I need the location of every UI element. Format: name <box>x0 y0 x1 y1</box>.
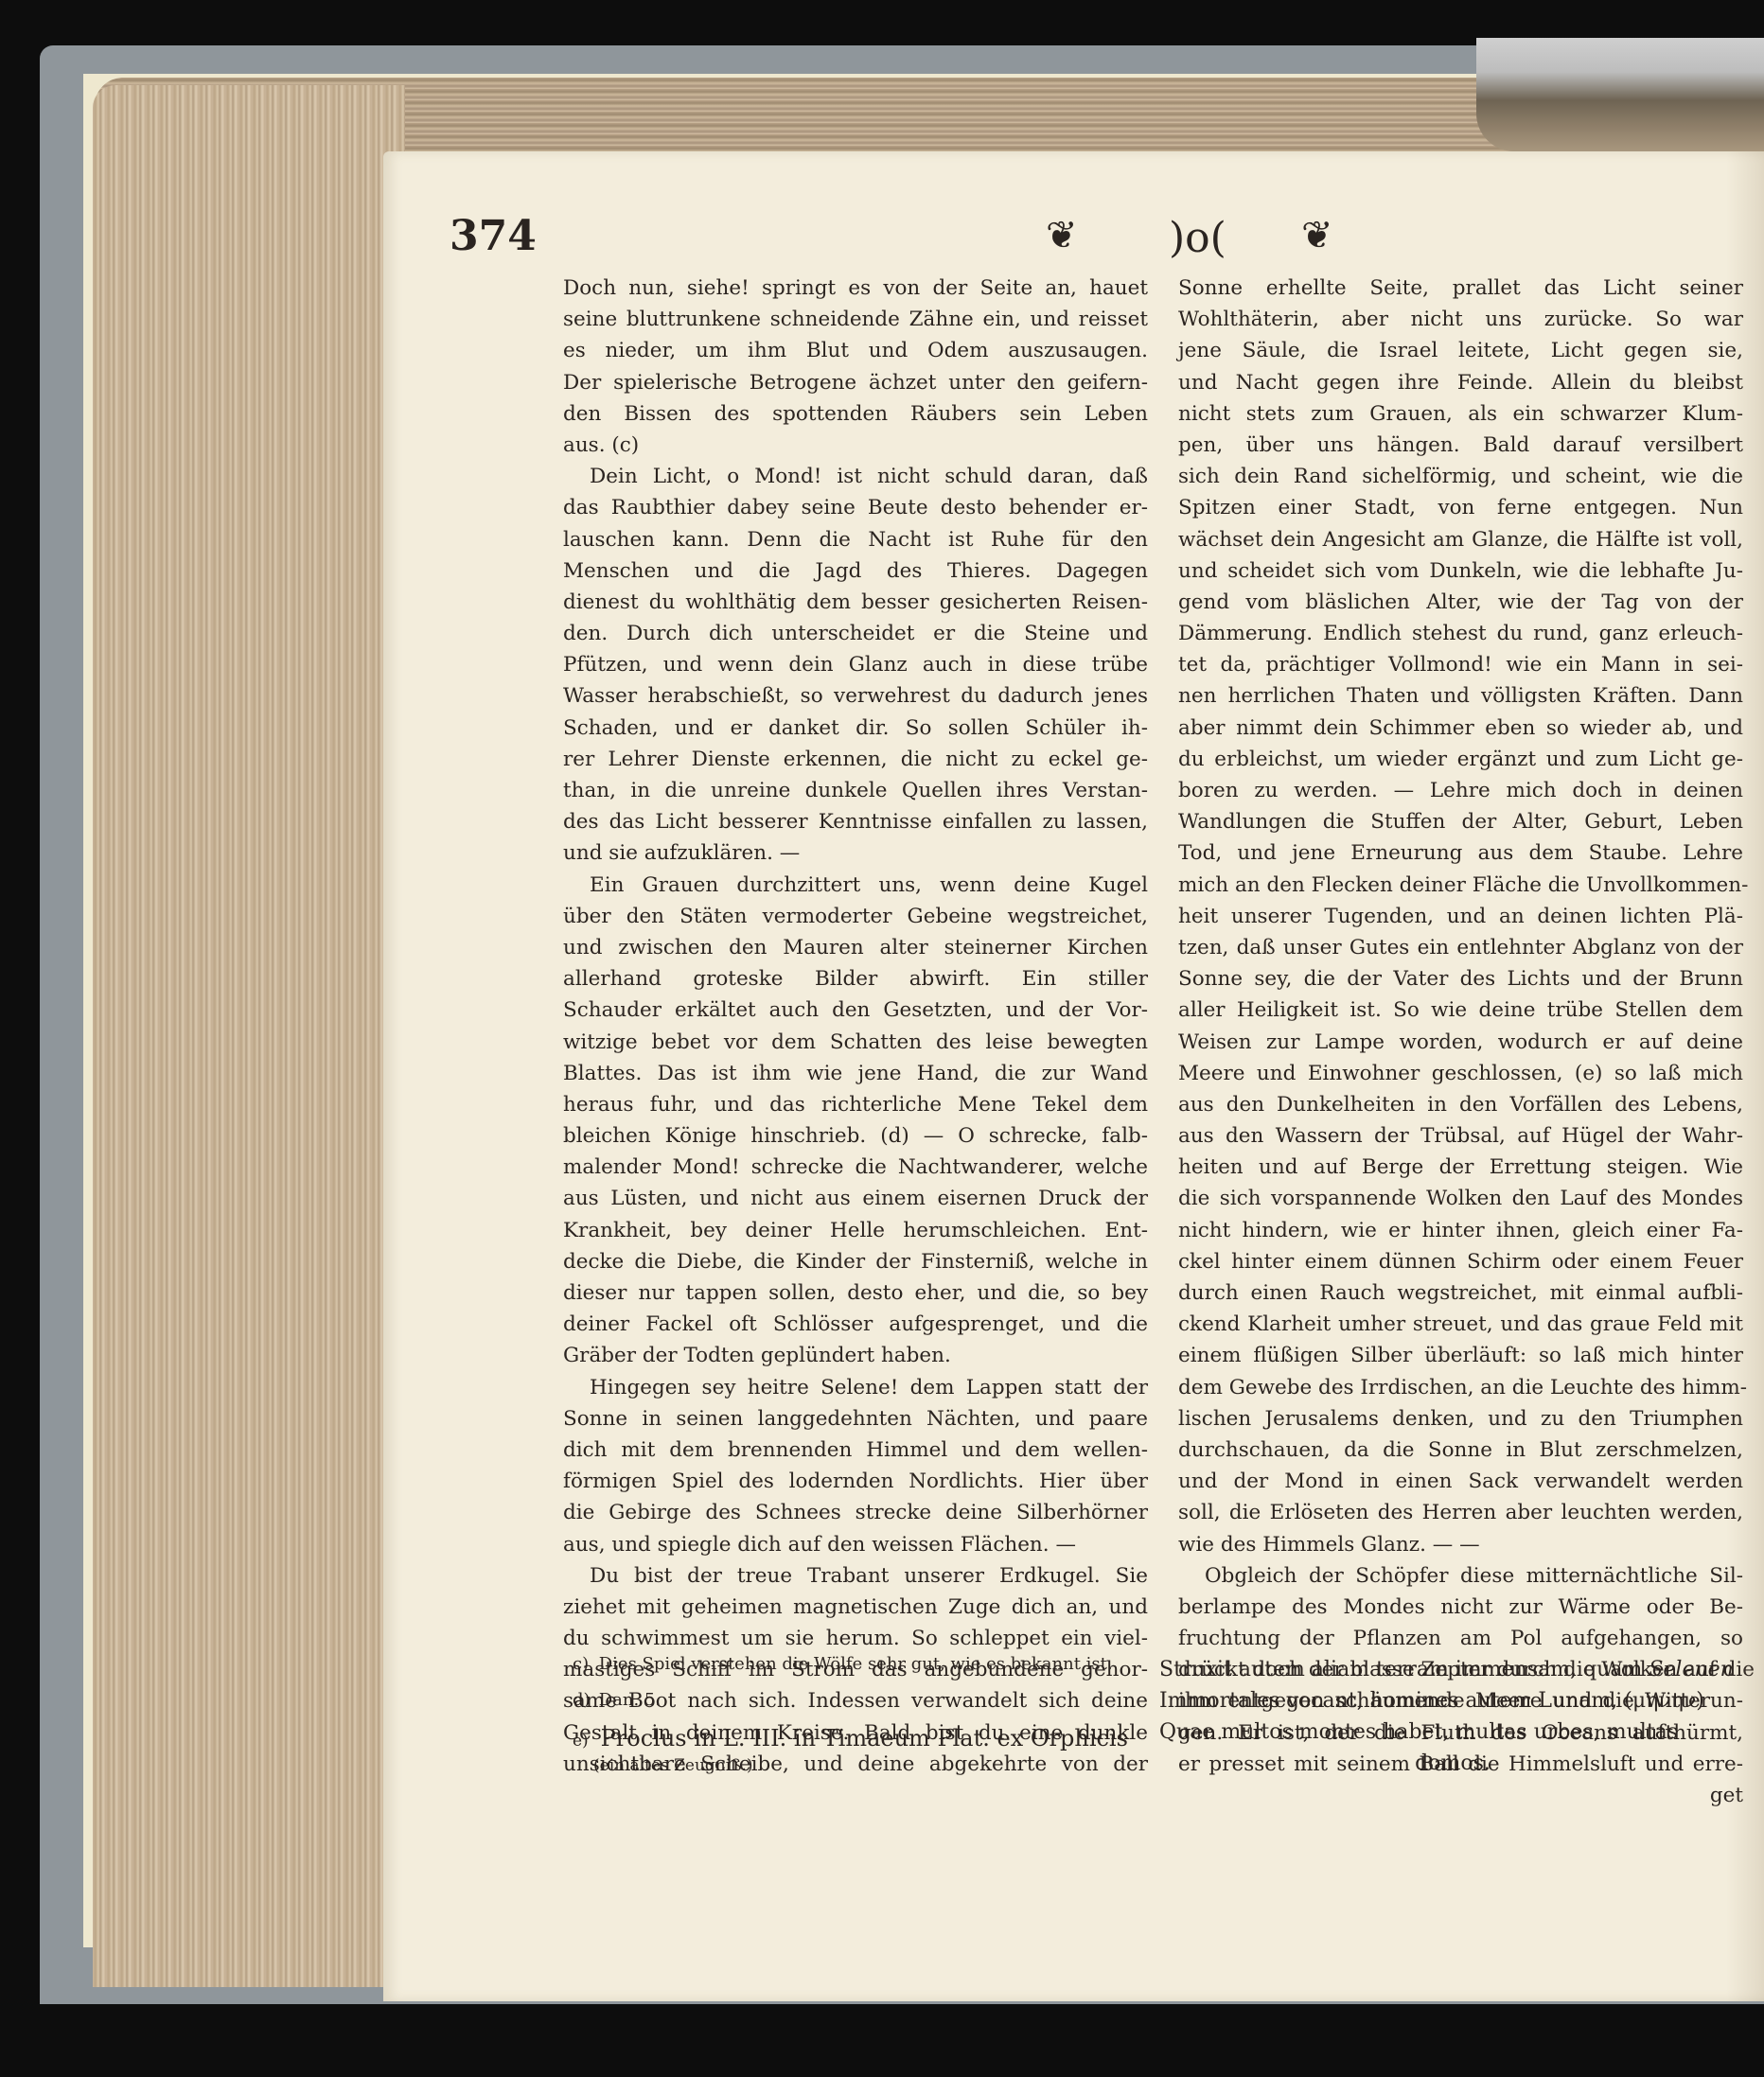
text-line: Krankheit, bey deiner Helle herumschleic… <box>563 1215 1148 1246</box>
text-line: und zwischen den Mauren alter steinerner… <box>563 932 1148 963</box>
footnote-e: e) Proclus in L. III. in Timaeum Plat. e… <box>573 1724 1150 1755</box>
footnotes-left: c) Dies Spiel verstehen die Wölfe sehr g… <box>573 1646 1150 1776</box>
text-line: bleichen Könige hinschrieb. (d) — O schr… <box>563 1120 1148 1152</box>
text-line: Ein Grauen durchzittert uns, wenn deine … <box>563 870 1148 901</box>
text-line: allerhand groteske Bilder abwirft. Ein s… <box>563 963 1148 994</box>
text-line: heiten und auf Berge der Errettung steig… <box>1178 1152 1743 1183</box>
text-line: nicht hindern, wie er hinter ihnen, glei… <box>1178 1215 1743 1246</box>
text-line: den Bissen des spottenden Räubers sein L… <box>563 398 1148 430</box>
page-stack-top-right <box>1476 38 1764 151</box>
text-line: dich mit dem brennenden Himmel und dem w… <box>563 1435 1148 1466</box>
text-line: förmigen Spiel des lodernden Nordlichts.… <box>563 1466 1148 1497</box>
footnote-latin-quote: Struxit autem aliam terram immensam, qua… <box>1159 1654 1746 1779</box>
text-line: nen herrlichen Thaten und völligsten Krä… <box>1178 680 1743 712</box>
text-line: jene Säule, die Israel leitete, Licht ge… <box>1178 335 1743 366</box>
text-line: ziehet mit geheimen magnetischen Zuge di… <box>563 1592 1148 1623</box>
footnote-text: Proclus in L. III. in Timaeum Plat. ex O… <box>601 1725 1128 1751</box>
moon-ornament-icon: )o( <box>1169 214 1226 262</box>
text-line: rer Lehrer Dienste erkennen, die nicht z… <box>563 744 1148 775</box>
page-stack-fore-edge <box>93 85 405 1987</box>
footnote-d: d) Dan. 5. <box>573 1682 1150 1718</box>
page-number: 374 <box>450 212 537 260</box>
text-line: durchschauen, da die Sonne in Blut zersc… <box>1178 1435 1743 1466</box>
text-line: Doch nun, siehe! springt es von der Seit… <box>563 273 1148 304</box>
text-line: Schaden, und er danket dir. So sollen Sc… <box>563 713 1148 744</box>
footnote-mark: d) <box>573 1682 593 1718</box>
text-line: Menschen und die Jagd des Thieres. Dageg… <box>563 555 1148 587</box>
text-line: Dein Licht, o Mond! ist nicht schuld dar… <box>563 461 1148 492</box>
latin-text: Struxit autem aliam terram immensam, qua… <box>1159 1658 1649 1681</box>
text-line: Tod, und jene Erneurung aus dem Staube. … <box>1178 837 1743 869</box>
text-line: Du bist der treue Trabant unserer Erdkug… <box>563 1560 1148 1592</box>
text-line: aber nimmt dein Schimmer eben so wieder … <box>1178 713 1743 744</box>
footnote-c: c) Dies Spiel verstehen die Wölfe sehr g… <box>573 1646 1150 1682</box>
text-line: aus, und spiegle dich auf den weissen Fl… <box>563 1529 1148 1560</box>
footnote-mark: e) <box>573 1727 593 1755</box>
text-line: Spitzen einer Stadt, von ferne entgegen.… <box>1178 492 1743 523</box>
text-line: die sich vorspannende Wolken den Lauf de… <box>1178 1183 1743 1214</box>
text-line: es nieder, um ihm Blut und Odem auszusau… <box>563 335 1148 366</box>
text-line: wie des Himmels Glanz. — — <box>1178 1529 1743 1560</box>
latin-line-1: Struxit autem aliam terram immensam, qua… <box>1159 1654 1746 1685</box>
text-line: dienest du wohlthätig dem besser gesiche… <box>563 587 1148 618</box>
text-line: Gräber der Todten geplündert haben. <box>563 1340 1148 1371</box>
page-header: 374 ❦ )o( ❦ <box>450 212 1737 269</box>
text-line: und scheidet sich vom Dunkeln, wie die l… <box>1178 555 1743 587</box>
text-line: Obgleich der Schöpfer diese mitternächtl… <box>1178 1560 1743 1592</box>
text-line: seine bluttrunkene schneidende Zähne ein… <box>563 304 1148 335</box>
text-line: tzen, daß unser Gutes ein entlehnter Abg… <box>1178 932 1743 963</box>
catchword: get <box>1178 1780 1743 1811</box>
text-line: tet da, prächtiger Vollmond! wie ein Man… <box>1178 649 1743 680</box>
text-line: mich an den Flecken deiner Fläche die Un… <box>1178 870 1743 901</box>
text-line: Sonne in seinen langgedehnten Nächten, u… <box>563 1403 1148 1435</box>
latin-line-3: Quae multos montes habet, multas urbes, … <box>1159 1716 1746 1748</box>
text-line: einem flüßigen Silber überläuft: so laß … <box>1178 1340 1743 1371</box>
text-line: den. Durch dich unterscheidet er die Ste… <box>563 618 1148 649</box>
text-line: berlampe des Mondes nicht zur Wärme oder… <box>1178 1592 1743 1623</box>
latin-line-4: domos. <box>1159 1748 1746 1779</box>
text-line: Der spielerische Betrogene ächzet unter … <box>563 367 1148 398</box>
footnote-mark: c) <box>573 1646 593 1682</box>
text-line: durch einen Rauch wegstreichet, mit einm… <box>1178 1277 1743 1309</box>
footnote-text: Dan. 5. <box>599 1690 661 1710</box>
text-line: fruchtung der Pflanzen am Pol aufgehange… <box>1178 1623 1743 1654</box>
text-line: nicht stets zum Grauen, als ein schwarze… <box>1178 398 1743 430</box>
text-line: witzige bebet vor dem Schatten des leise… <box>563 1027 1148 1058</box>
text-line: aus. (c) <box>563 430 1148 461</box>
text-line: Blattes. Das ist ihm wie jene Hand, die … <box>563 1058 1148 1089</box>
text-line: du erbleichst, um wieder ergänzt und zum… <box>1178 744 1743 775</box>
left-text-column: Doch nun, siehe! springt es von der Seit… <box>563 273 1148 1780</box>
text-line: aus den Dunkelheiten in den Vorfällen de… <box>1178 1089 1743 1120</box>
text-line: Dämmerung. Endlich stehest du rund, ganz… <box>1178 618 1743 649</box>
text-line: Wandlungen die Stuffen der Alter, Geburt… <box>1178 806 1743 837</box>
text-line: malender Mond! schrecke die Nachtwandere… <box>563 1152 1148 1183</box>
text-line: sich dein Rand sichelförmig, und scheint… <box>1178 461 1743 492</box>
text-line: dieser nur tappen sollen, desto eher, un… <box>563 1277 1148 1309</box>
footnote-text: Dies Spiel verstehen die Wölfe sehr gut,… <box>599 1654 1113 1674</box>
latin-line-2: Immortales vocant, homines autem Lunam, … <box>1159 1685 1746 1716</box>
text-line: und Nacht gegen ihre Feinde. Allein du b… <box>1178 367 1743 398</box>
text-line: lischen Jerusalems denken, und zu den Tr… <box>1178 1403 1743 1435</box>
text-line: wächset dein Angesicht am Glanze, die Hä… <box>1178 524 1743 555</box>
text-line: lauschen kann. Denn die Nacht ist Ruhe f… <box>563 524 1148 555</box>
text-line: Schauder erkältet auch den Gesetzten, un… <box>563 994 1148 1026</box>
text-line: ckend Klarheit umher streuet, und das gr… <box>1178 1309 1743 1340</box>
text-line: dem Gewebe des Irrdischen, an die Leucht… <box>1178 1372 1743 1403</box>
text-line: soll, die Erlöseten des Herren aber leuc… <box>1178 1497 1743 1528</box>
text-line: aus Lüsten, und nicht aus einem eisernen… <box>563 1183 1148 1214</box>
right-text-column: Sonne erhellte Seite, prallet das Licht … <box>1178 273 1743 1811</box>
text-line: über den Stäten vermoderter Gebeine wegs… <box>563 901 1148 932</box>
text-line: ckel hinter einem dünnen Schirm oder ein… <box>1178 1246 1743 1277</box>
text-line: aus den Wassern der Trübsal, auf Hügel d… <box>1178 1120 1743 1152</box>
text-line: Weisen zur Lampe worden, wodurch er auf … <box>1178 1027 1743 1058</box>
text-line: pen, über uns hängen. Bald darauf versil… <box>1178 430 1743 461</box>
text-line: und der Mond in einen Sack verwandelt we… <box>1178 1466 1743 1497</box>
book-page: 374 ❦ )o( ❦ Doch nun, siehe! springt es … <box>383 151 1764 2001</box>
text-line: heraus fuhr, und das richterliche Mene T… <box>563 1089 1148 1120</box>
text-line: des das Licht besserer Kenntnisse einfal… <box>563 806 1148 837</box>
text-line: aller Heiligkeit ist. So wie deine trübe… <box>1178 994 1743 1026</box>
latin-italic-text: Selenen <box>1649 1658 1734 1681</box>
shell-ornament-icon: ❦ <box>1046 214 1078 257</box>
footnote-e-subtext: (ein altes Zeugniß.) <box>573 1755 1150 1776</box>
text-line: boren zu werden. — Lehre mich doch in de… <box>1178 775 1743 806</box>
text-line: than, in die unreine dunkele Quellen ihr… <box>563 775 1148 806</box>
text-line: deiner Fackel oft Schlösser aufgesprenge… <box>563 1309 1148 1340</box>
shell-ornament-icon: ❦ <box>1301 214 1333 257</box>
text-line: heit unserer Tugenden, und an deinen lic… <box>1178 901 1743 932</box>
text-line: Meere und Einwohner geschlossen, (e) so … <box>1178 1058 1743 1089</box>
text-line: Wasser herabschießt, so verwehrest du da… <box>563 680 1148 712</box>
text-line: Hingegen sey heitre Selene! dem Lappen s… <box>563 1372 1148 1403</box>
text-line: Pfützen, und wenn dein Glanz auch in die… <box>563 649 1148 680</box>
text-line: decke die Diebe, die Kinder der Finstern… <box>563 1246 1148 1277</box>
text-line: Sonne sey, die der Vater des Lichts und … <box>1178 963 1743 994</box>
text-line: gend vom bläslichen Alter, wie der Tag v… <box>1178 587 1743 618</box>
text-line: das Raubthier dabey seine Beute desto be… <box>563 492 1148 523</box>
text-line: Sonne erhellte Seite, prallet das Licht … <box>1178 273 1743 304</box>
text-line: und sie aufzuklären. — <box>563 837 1148 869</box>
text-line: die Gebirge des Schnees strecke deine Si… <box>563 1497 1148 1528</box>
text-line: Wohlthäterin, aber nicht uns zurücke. So… <box>1178 304 1743 335</box>
